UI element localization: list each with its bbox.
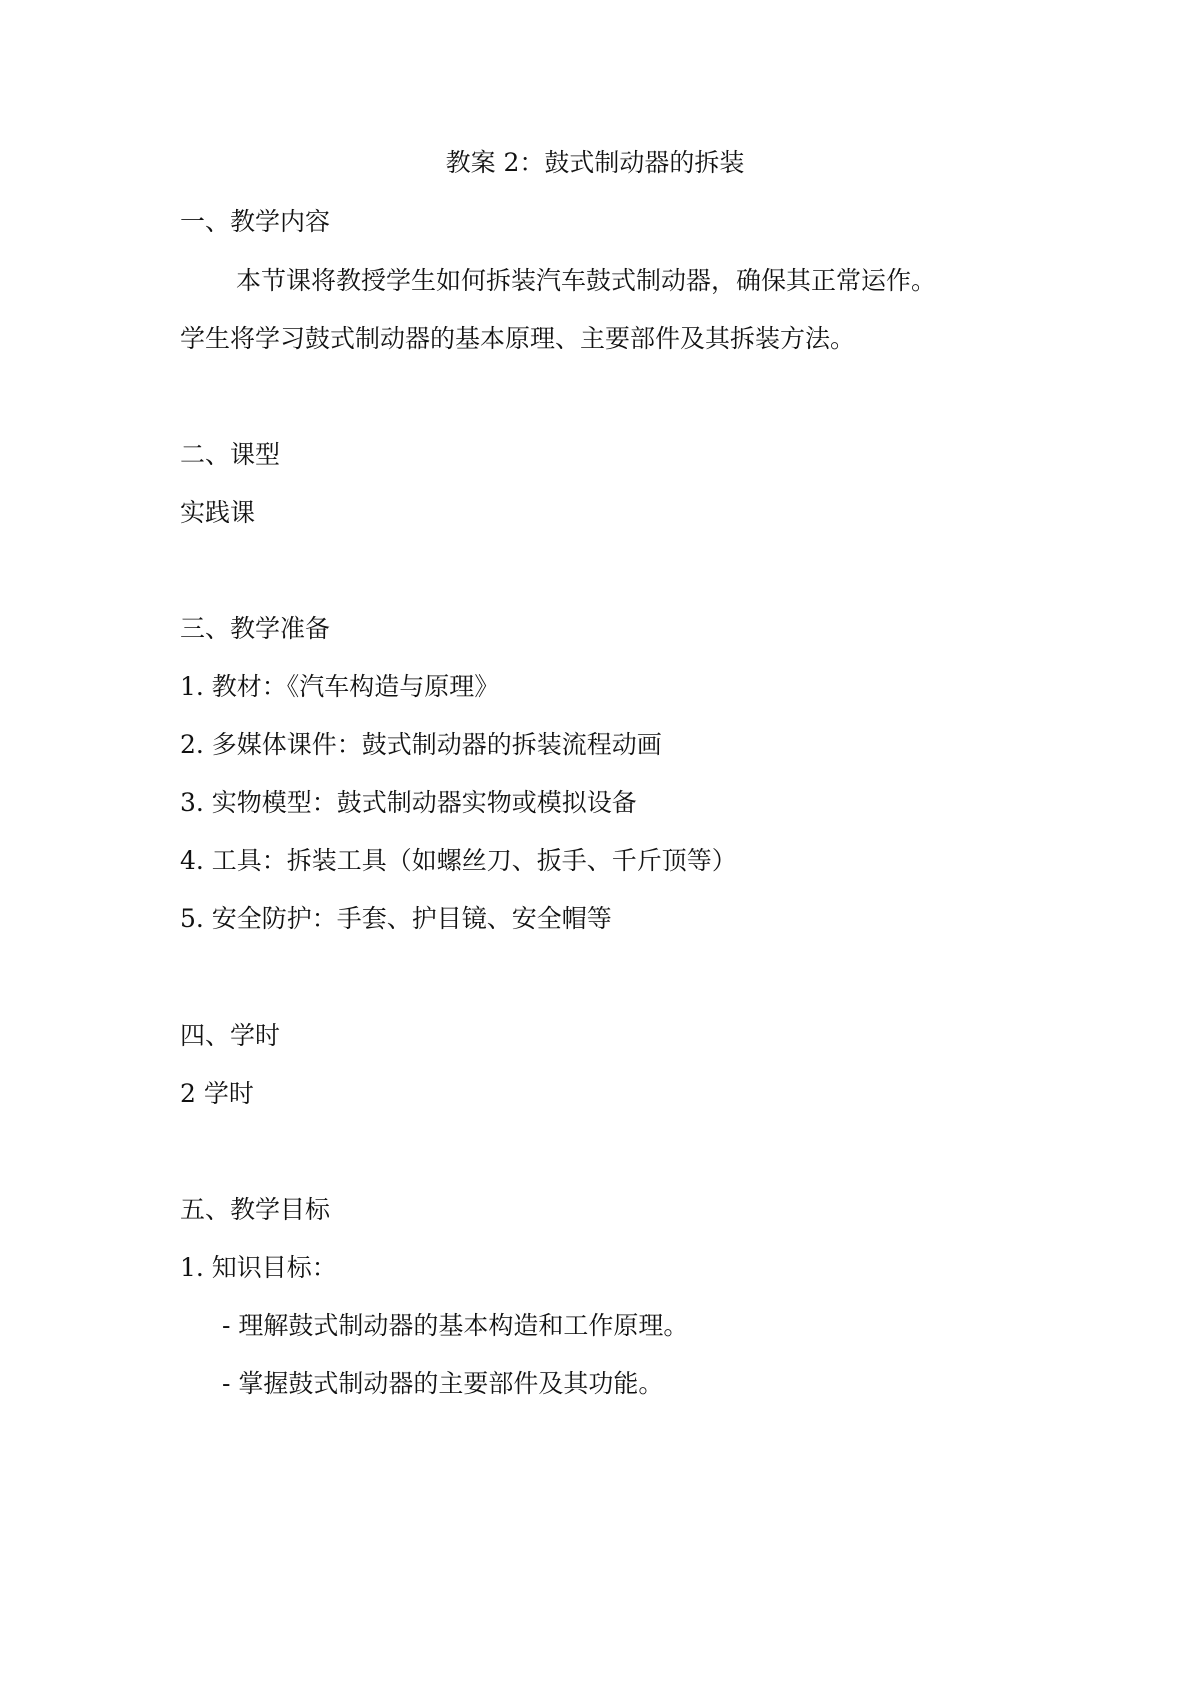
section-heading-prep: 三、教学准备: [180, 612, 330, 646]
sub-list-item: - 理解鼓式制动器的基本构造和工作原理。: [222, 1309, 688, 1343]
section-heading-content: 一、教学内容: [180, 205, 330, 239]
list-item: 5. 安全防护：手套、护目镜、安全帽等: [180, 902, 612, 936]
list-item: 1. 教材：《汽车构造与原理》: [180, 670, 499, 704]
section-heading-goals: 五、教学目标: [180, 1193, 330, 1227]
paragraph-line: 学生将学习鼓式制动器的基本原理、主要部件及其拆装方法。: [180, 322, 855, 356]
list-item: 1. 知识目标：: [180, 1251, 337, 1285]
paragraph-line: 本节课将教授学生如何拆装汽车鼓式制动器，确保其正常运作。: [236, 264, 936, 298]
document-title: 教案 2：鼓式制动器的拆装: [0, 146, 1190, 180]
sub-list-item: - 掌握鼓式制动器的主要部件及其功能。: [222, 1367, 663, 1401]
section-heading-hours: 四、学时: [180, 1019, 280, 1053]
section-heading-type: 二、课型: [180, 438, 280, 472]
list-item: 3. 实物模型：鼓式制动器实物或模拟设备: [180, 786, 637, 820]
section-body: 实践课: [180, 496, 255, 530]
list-item: 2. 多媒体课件：鼓式制动器的拆装流程动画: [180, 728, 662, 762]
section-body: 2 学时: [180, 1077, 254, 1111]
list-item: 4. 工具：拆装工具（如螺丝刀、扳手、千斤顶等）: [180, 844, 737, 878]
